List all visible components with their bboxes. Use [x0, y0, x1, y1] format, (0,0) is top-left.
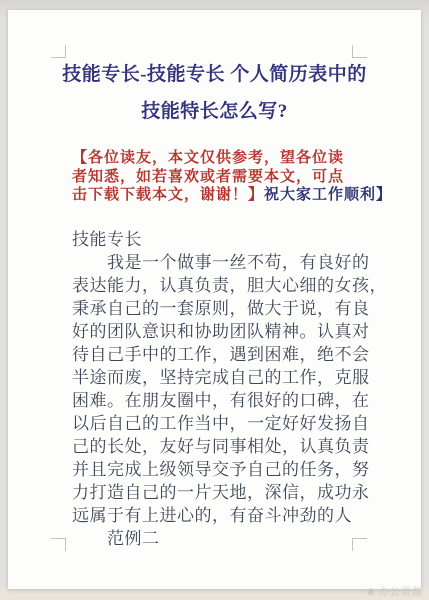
notice-line-2: 者知悉，如若喜欢或者需要本文，可点 [72, 168, 393, 187]
document-page: 技能专长-技能专长 个人简历表中的 技能特长怎么写? 【各位读友，本文仅供参考，… [8, 10, 421, 589]
watermark-logo-icon: ❀ [367, 587, 376, 598]
body-line: 待自己手中的工作，遇到困难，绝不会 [72, 343, 393, 366]
reader-notice: 【各位读友，本文仅供参考，望各位读 者知悉，如若喜欢或者需要本文，可点 击下载下… [72, 149, 393, 205]
body-line: 困难。在朋友圈中，有很好的口碑，在 [72, 389, 393, 412]
body-line: 己的长处，友好与同事相处，认真负责 [72, 435, 393, 458]
document-preview: 技能专长-技能专长 个人简历表中的 技能特长怎么写? 【各位读友，本文仅供参考，… [0, 0, 429, 600]
body-line: 好的团队意识和协助团队精神。认真对 [72, 320, 393, 343]
document-title: 技能专长-技能专长 个人简历表中的 技能特长怎么写? [8, 56, 421, 130]
body-line: 我是一个做事一丝不苟，有良好的 [72, 251, 393, 274]
document-body: 技能专长 我是一个做事一丝不苟，有良好的 表达能力，认真负责，胆大心细的女孩， … [72, 228, 393, 550]
body-line: 以后自己的工作当中，一定好好发扬自 [72, 412, 393, 435]
notice-line-1: 【各位读友，本文仅供参考，望各位读 [72, 149, 393, 168]
body-line: 远属于有上进心的，有奋斗冲劲的人 [72, 504, 393, 527]
margin-mark-bottom-left [51, 538, 66, 551]
body-line: 半途而废，坚持完成自己的工作，克服 [72, 366, 393, 389]
body-line: 力打造自己的一片天地，深信，成功永 [72, 481, 393, 504]
notice-line-3-blue: 祝大家工作顺利】 [264, 187, 392, 203]
body-line: 并且完成上级领导交予自己的任务，努 [72, 458, 393, 481]
notice-line-3-red: 击下载下载本文，谢谢！】 [72, 187, 264, 203]
body-line: 表达能力，认真负责，胆大心细的女孩， [72, 274, 393, 297]
body-heading: 技能专长 [72, 228, 393, 251]
body-line: 范例二 [72, 527, 393, 550]
title-line-1: 技能专长-技能专长 个人简历表中的 [8, 56, 421, 93]
title-line-2: 技能特长怎么写? [8, 93, 421, 130]
watermark: ❀办公资源 [367, 583, 423, 598]
body-line: 秉承自己的一套原则，做大于说，有良 [72, 297, 393, 320]
notice-line-3: 击下载下载本文，谢谢！】祝大家工作顺利】 [72, 186, 393, 205]
watermark-text: 办公资源 [379, 587, 423, 598]
